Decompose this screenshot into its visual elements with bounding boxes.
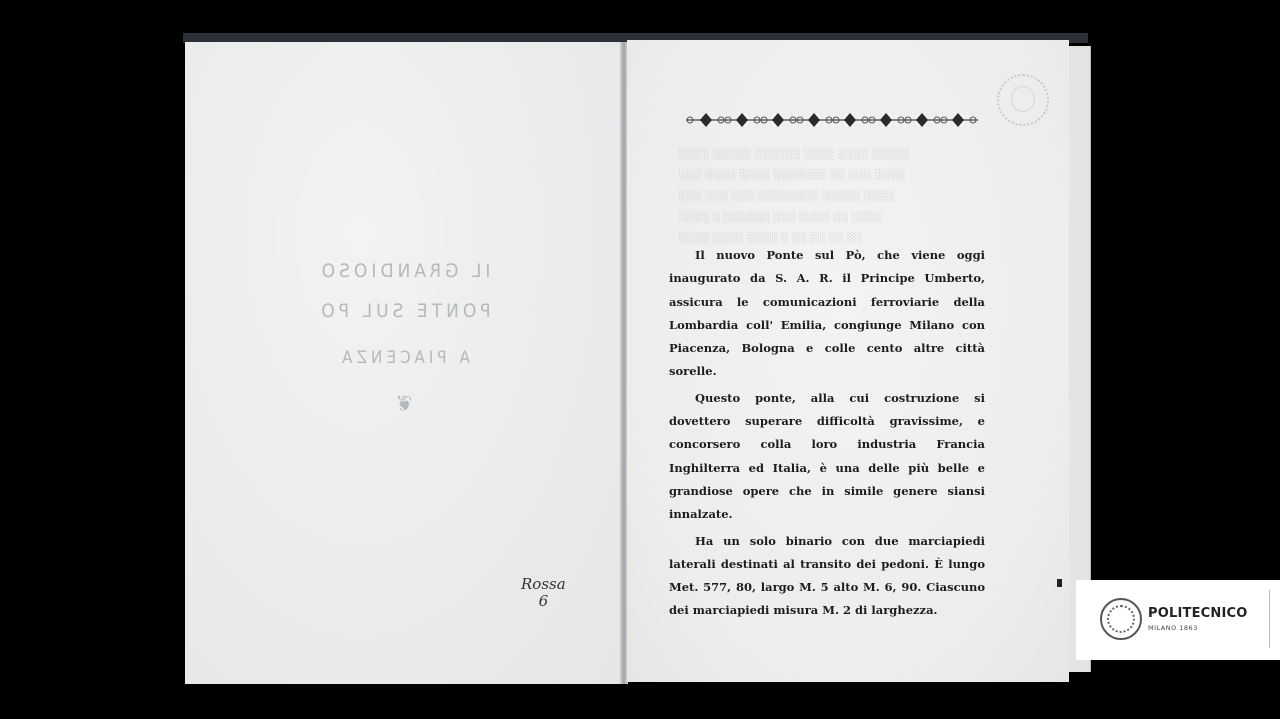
bleed-through-line-3: A PIACENZA (185, 348, 623, 368)
paragraph-3: Ha un solo binario con due marciapiedi l… (669, 530, 985, 623)
paragraph-2: Questo ponte, alla cui costruzione si do… (669, 387, 985, 527)
ornament-chain-icon (684, 108, 980, 132)
handwritten-note-line-2: 6 (521, 593, 566, 610)
bleed-through-ornament-icon: ❦ (185, 392, 623, 417)
politecnico-seal-icon (1100, 598, 1142, 640)
paragraph-1: Il nuovo Ponte sul Pò, che viene oggi in… (669, 244, 985, 384)
politecnico-watermark: POLITECNICO MILANO 1863 (1076, 580, 1280, 660)
bleed-through-text: ░░░░ ░░░░░ ░░░░░░ ░░░░ ░░░░ ░░░░░░░░ ░░░… (679, 144, 979, 249)
underlying-page-edge (1066, 46, 1091, 672)
bleed-through-line-2: PONTE SUL PO (185, 300, 623, 322)
handwritten-note: Rossa 6 (521, 576, 566, 610)
right-page: ░░░░ ░░░░░ ░░░░░░ ░░░░ ░░░░ ░░░░░░░░ ░░░… (627, 40, 1069, 682)
watermark-divider (1269, 590, 1270, 648)
watermark-name: POLITECNICO (1148, 606, 1248, 621)
left-page: IL GRANDIOSO PONTE SUL PO A PIACENZA ❦ R… (185, 42, 623, 684)
page-edge-mark (1057, 579, 1062, 587)
body-text: Il nuovo Ponte sul Pò, che viene oggi in… (669, 244, 985, 623)
bleed-through-line-1: IL GRANDIOSO (185, 260, 623, 282)
handwritten-note-line-1: Rossa (521, 576, 566, 593)
watermark-subtitle: MILANO 1863 (1148, 624, 1198, 632)
library-stamp-icon (997, 74, 1049, 126)
